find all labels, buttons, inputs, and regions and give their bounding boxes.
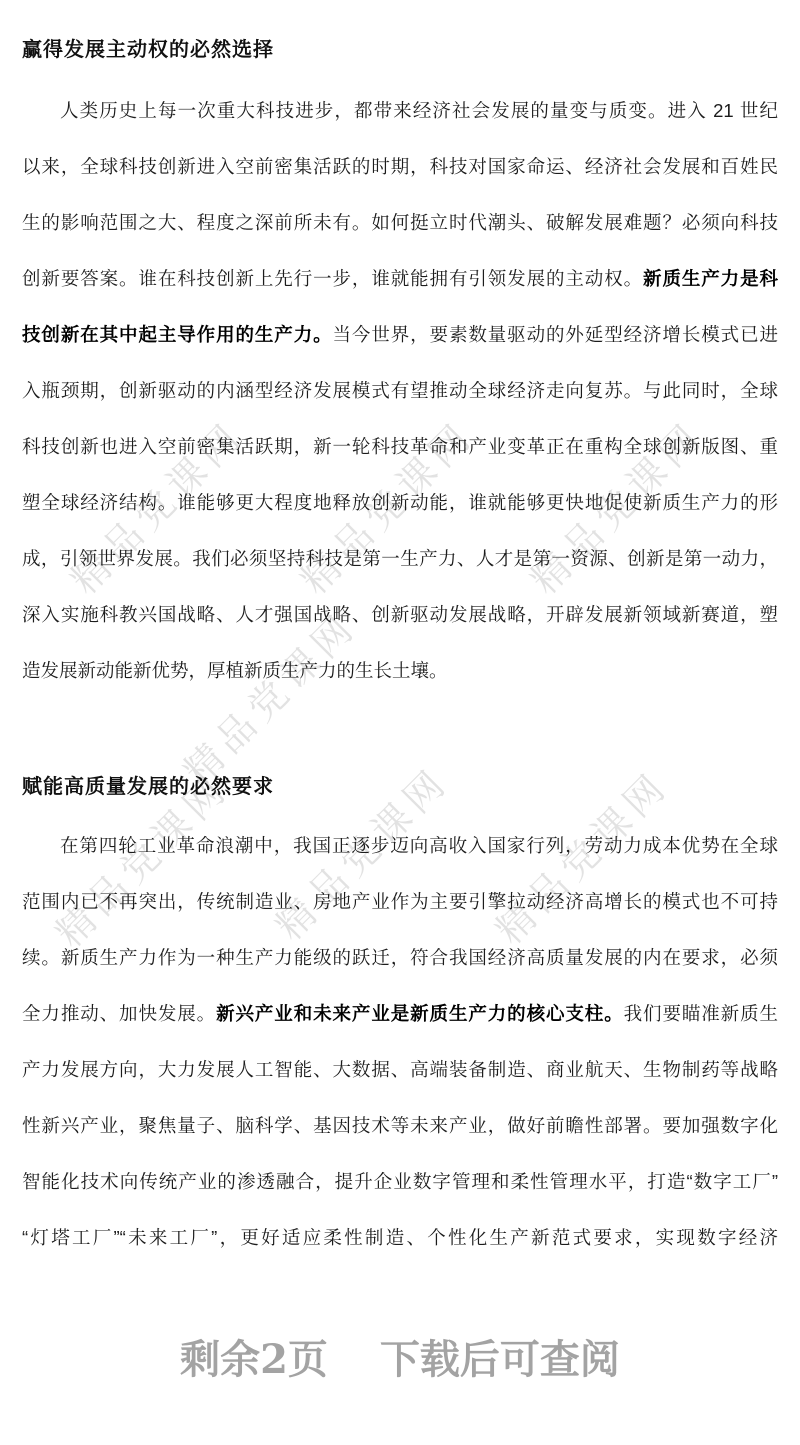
body-text: 范围内已不再突出，传统制造业、房地产业作为主要引擎拉动经济高增长的模式也不可持 (22, 891, 778, 912)
text-line: 深入实施科教兴国战略、人才强国战略、创新驱动发展战略，开辟发展新领域新赛道，塑 (22, 587, 778, 643)
text-line: 创新要答案。谁在科技创新上先行一步，谁就能拥有引领发展的主动权。新质生产力是科 (22, 251, 778, 307)
body-text: 全力推动、加快发展。 (22, 1003, 216, 1024)
text-line: 全力推动、加快发展。新兴产业和未来产业是新质生产力的核心支柱。我们要瞄准新质生 (22, 986, 778, 1042)
page-footer-notice: 剩余2页 下载后可查阅 (22, 1336, 778, 1384)
text-line: 以来，全球科技创新进入空前密集活跃的时期，科技对国家命运、经济社会发展和百姓民 (22, 139, 778, 195)
download-hint-label: 下载后可查阅 (380, 1336, 620, 1384)
text-line: 产力发展方向，大力发展人工智能、大数据、高端装备制造、商业航天、生物制药等战略 (22, 1042, 778, 1098)
text-line: 人类历史上每一次重大科技进步，都带来经济社会发展的量变与质变。进入 21 世纪 (22, 83, 778, 139)
body-text: 产力发展方向，大力发展人工智能、大数据、高端装备制造、商业航天、生物制药等战略 (22, 1059, 778, 1080)
body-text: 深入实施科教兴国战略、人才强国战略、创新驱动发展战略，开辟发展新领域新赛道，塑 (22, 604, 778, 625)
body-text: 性新兴产业，聚焦量子、脑科学、基因技术等未来产业，做好前瞻性部署。要加强数字化 (22, 1115, 778, 1136)
text-line: 科技创新也进入空前密集活跃期，新一轮科技革命和产业变革正在重构全球创新版图、重 (22, 419, 778, 475)
text-line: 技创新在其中起主导作用的生产力。当今世界，要素数量驱动的外延型经济增长模式已进 (22, 307, 778, 363)
text-line: 性新兴产业，聚焦量子、脑科学、基因技术等未来产业，做好前瞻性部署。要加强数字化 (22, 1098, 778, 1154)
text-line: 造发展新动能新优势，厚植新质生产力的生长土壤。 (22, 643, 778, 699)
paragraph-2: 在第四轮工业革命浪潮中，我国正逐步迈向高收入国家行列，劳动力成本优势在全球范围内… (22, 818, 778, 1266)
body-text: 入瓶颈期，创新驱动的内涵型经济发展模式有望推动全球经济走向复苏。与此同时，全球 (22, 380, 778, 401)
text-line: 成，引领世界发展。我们必须坚持科技是第一生产力、人才是第一资源、创新是第一动力， (22, 531, 778, 587)
emphasis-text: 技创新在其中起主导作用的生产力。 (22, 324, 333, 345)
body-text: 塑全球经济结构。谁能够更大程度地释放创新动能，谁就能够更快地促使新质生产力的形 (22, 492, 778, 513)
emphasis-text: 新兴产业和未来产业是新质生产力的核心支柱。 (216, 1003, 624, 1024)
emphasis-text: 新质生产力是科 (643, 268, 778, 289)
section-heading-2: 赋能高质量发展的必然要求 (22, 775, 778, 799)
text-line: “灯塔工厂”“未来工厂”，更好适应柔性制造、个性化生产新范式要求，实现数字经济 (22, 1210, 778, 1266)
body-text: 我们要瞄准新质生 (624, 1003, 778, 1024)
text-line: 生的影响范围之大、程度之深前所未有。如何挺立时代潮头、破解发展难题？必须向科技 (22, 195, 778, 251)
body-text: 成，引领世界发展。我们必须坚持科技是第一生产力、人才是第一资源、创新是第一动力， (22, 548, 778, 569)
pages-remaining-label: 剩余2页 (180, 1336, 328, 1384)
body-text: 以来，全球科技创新进入空前密集活跃的时期，科技对国家命运、经济社会发展和百姓民 (22, 156, 778, 177)
body-text: 人类历史上每一次重大科技进步，都带来经济社会发展的量变与质变。进入 21 世纪 (60, 100, 778, 121)
body-text: 在第四轮工业革命浪潮中，我国正逐步迈向高收入国家行列，劳动力成本优势在全球 (60, 835, 778, 856)
document-page: 赢得发展主动权的必然选择 人类历史上每一次重大科技进步，都带来经济社会发展的量变… (0, 38, 800, 1384)
text-line: 入瓶颈期，创新驱动的内涵型经济发展模式有望推动全球经济走向复苏。与此同时，全球 (22, 363, 778, 419)
body-text: 生的影响范围之大、程度之深前所未有。如何挺立时代潮头、破解发展难题？必须向科技 (22, 212, 778, 233)
body-text: “灯塔工厂”“未来工厂”，更好适应柔性制造、个性化生产新范式要求，实现数字经济 (22, 1227, 778, 1248)
body-text: 造发展新动能新优势，厚植新质生产力的生长土壤。 (22, 660, 448, 681)
text-line: 智能化技术向传统产业的渗透融合，提升企业数字管理和柔性管理水平，打造“数字工厂” (22, 1154, 778, 1210)
body-text: 智能化技术向传统产业的渗透融合，提升企业数字管理和柔性管理水平，打造“数字工厂” (22, 1171, 778, 1192)
text-line: 范围内已不再突出，传统制造业、房地产业作为主要引擎拉动经济高增长的模式也不可持 (22, 874, 778, 930)
body-text: 当今世界，要素数量驱动的外延型经济增长模式已进 (333, 324, 778, 345)
body-text: 续。新质生产力作为一种生产力能级的跃迁，符合我国经济高质量发展的内在要求，必须 (22, 947, 778, 968)
text-line: 在第四轮工业革命浪潮中，我国正逐步迈向高收入国家行列，劳动力成本优势在全球 (22, 818, 778, 874)
paragraph-1: 人类历史上每一次重大科技进步，都带来经济社会发展的量变与质变。进入 21 世纪以… (22, 83, 778, 699)
section-heading-1: 赢得发展主动权的必然选择 (22, 38, 778, 62)
body-text: 创新要答案。谁在科技创新上先行一步，谁就能拥有引领发展的主动权。 (22, 268, 643, 289)
text-line: 续。新质生产力作为一种生产力能级的跃迁，符合我国经济高质量发展的内在要求，必须 (22, 930, 778, 986)
text-line: 塑全球经济结构。谁能够更大程度地释放创新动能，谁就能够更快地促使新质生产力的形 (22, 475, 778, 531)
body-text: 科技创新也进入空前密集活跃期，新一轮科技革命和产业变革正在重构全球创新版图、重 (22, 436, 778, 457)
